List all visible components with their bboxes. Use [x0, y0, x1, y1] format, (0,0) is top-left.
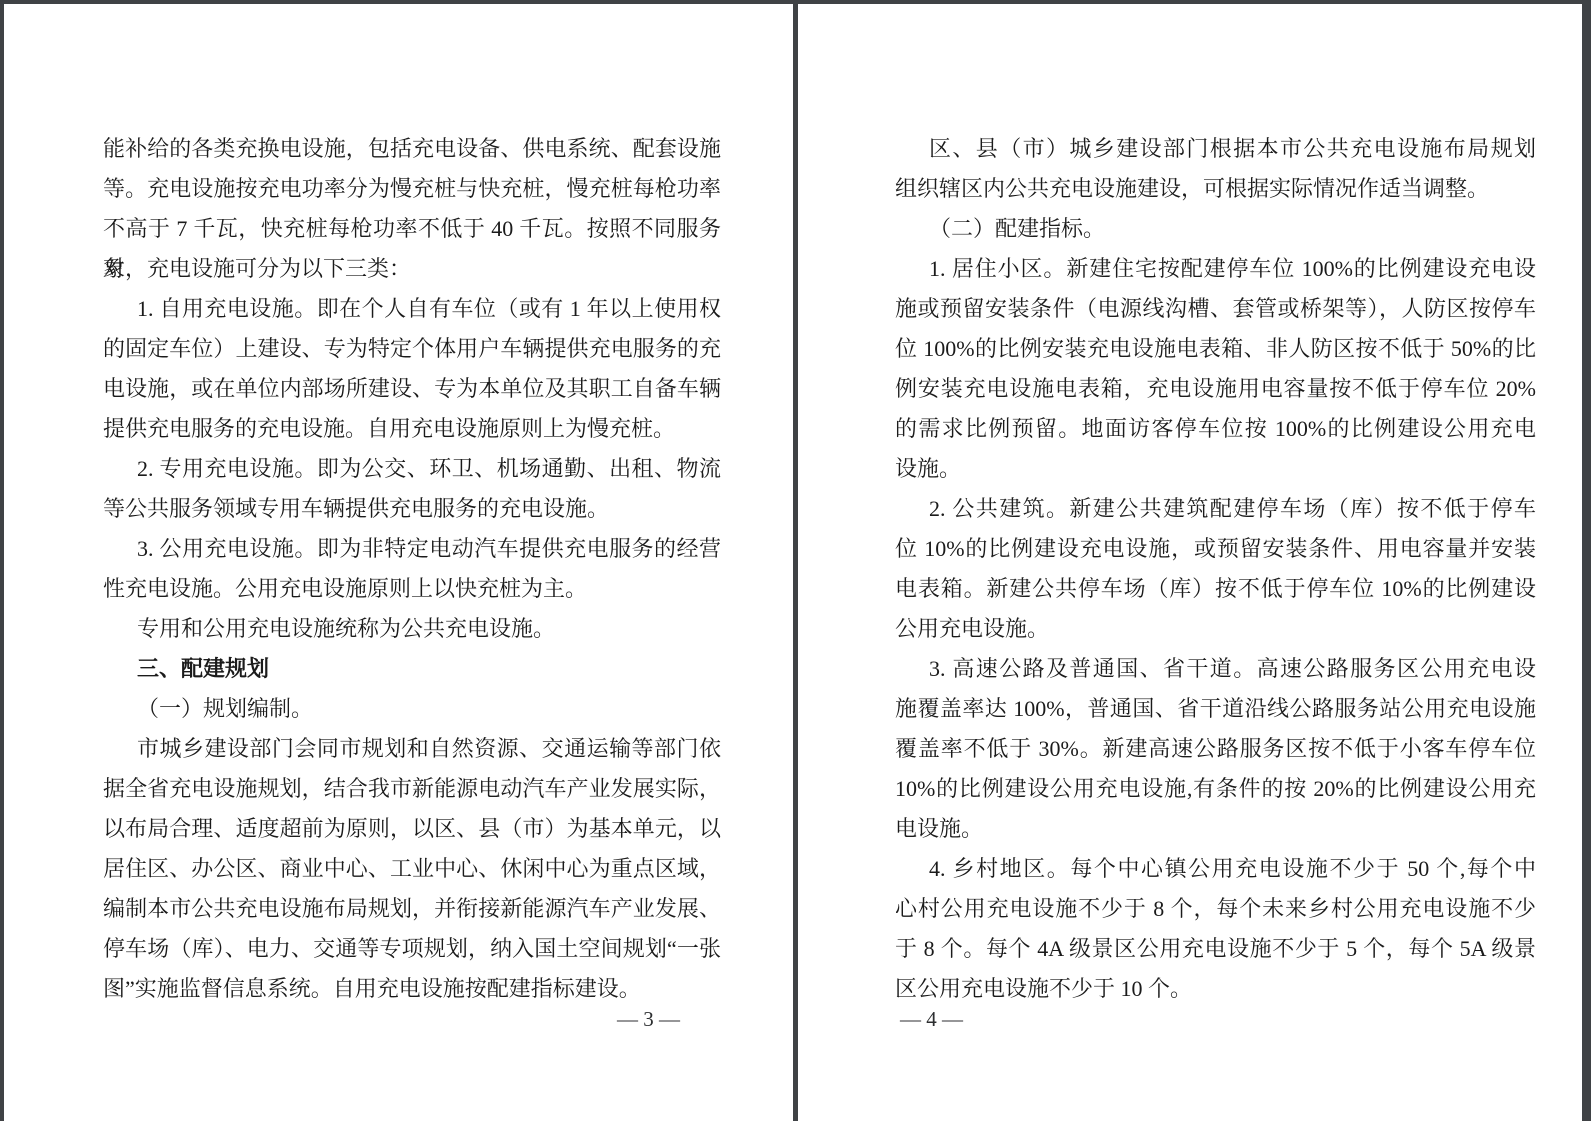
page-4: 区、县（市）城乡建设部门根据本市公共充电设施布局规划组织辖区内公共充电设施建设，…: [798, 4, 1582, 1121]
text-line: 3. 公用充电设施。即为非特定电动汽车提供充电服务的经营: [103, 529, 721, 569]
page-3: 能补给的各类充换电设施，包括充电设备、供电系统、配套设施等。充电设施按充电功率分…: [4, 4, 793, 1121]
text-line: 据全省充电设施规划，结合我市新能源电动汽车产业发展实际，: [103, 769, 721, 809]
text-line: 电表箱。新建公共停车场（库）按不低于停车位 10%的比例建设: [895, 569, 1536, 609]
text-line: 能补给的各类充换电设施，包括充电设备、供电系统、配套设施: [103, 129, 721, 169]
text-line: 心村公用充电设施不少于 8 个，每个未来乡村公用充电设施不少: [895, 889, 1536, 929]
text-line: 的需求比例预留。地面访客停车位按 100%的比例建设公用充电: [895, 409, 1536, 449]
text-line: 1. 居住小区。新建住宅按配建停车位 100%的比例建设充电设: [895, 249, 1536, 289]
text-line: 区、县（市）城乡建设部门根据本市公共充电设施布局规划: [895, 129, 1536, 169]
text-line: 位 10%的比例建设充电设施，或预留安装条件、用电容量并安装: [895, 529, 1536, 569]
scan-border-right: [1582, 0, 1591, 1121]
text-line: （一）规划编制。: [103, 689, 721, 729]
text-line: 不高于 7 千瓦，快充桩每枪功率不低于 40 千瓦。按照不同服务对: [103, 209, 721, 249]
text-line: 例安装充电设施电表箱，充电设施用电容量按不低于停车位 20%: [895, 369, 1536, 409]
text-line: 性充电设施。公用充电设施原则上以快充桩为主。: [103, 569, 721, 609]
text-line: （二）配建指标。: [895, 209, 1536, 249]
text-line: 市城乡建设部门会同市规划和自然资源、交通运输等部门依: [103, 729, 721, 769]
text-line: 4. 乡村地区。每个中心镇公用充电设施不少于 50 个,每个中: [895, 849, 1536, 889]
text-line: 专用和公用充电设施统称为公共充电设施。: [103, 609, 721, 649]
page-3-text-column: 能补给的各类充换电设施，包括充电设备、供电系统、配套设施等。充电设施按充电功率分…: [103, 129, 721, 1009]
text-line: 编制本市公共充电设施布局规划，并衔接新能源汽车产业发展、: [103, 889, 721, 929]
text-line: 覆盖率不低于 30%。新建高速公路服务区按不低于小客车停车位: [895, 729, 1536, 769]
text-line: 施或预留安装条件（电源线沟槽、套管或桥架等），人防区按停车: [895, 289, 1536, 329]
text-line: 电设施，或在单位内部场所建设、专为本单位及其职工自备车辆: [103, 369, 721, 409]
text-line: 施覆盖率达 100%，普通国、省干道沿线公路服务站公用充电设施: [895, 689, 1536, 729]
text-line: 等。充电设施按充电功率分为慢充桩与快充桩，慢充桩每枪功率: [103, 169, 721, 209]
text-line: 2. 公共建筑。新建公共建筑配建停车场（库）按不低于停车: [895, 489, 1536, 529]
text-line: 设施。: [895, 449, 1536, 489]
scanned-document-spread: 能补给的各类充换电设施，包括充电设备、供电系统、配套设施等。充电设施按充电功率分…: [0, 0, 1591, 1121]
section-heading-line: 三、配建规划: [103, 649, 721, 689]
page-3-number: — 3 —: [103, 1004, 721, 1034]
text-line: 2. 专用充电设施。即为公交、环卫、机场通勤、出租、物流: [103, 449, 721, 489]
text-line: 图”实施监督信息系统。自用充电设施按配建指标建设。: [103, 969, 721, 1009]
text-line: 3. 高速公路及普通国、省干道。高速公路服务区公用充电设: [895, 649, 1536, 689]
text-line: 位 100%的比例安装充电设施电表箱、非人防区按不低于 50%的比: [895, 329, 1536, 369]
text-line: 电设施。: [895, 809, 1536, 849]
text-line: 提供充电服务的充电设施。自用充电设施原则上为慢充桩。: [103, 409, 721, 449]
text-line: 公用充电设施。: [895, 609, 1536, 649]
text-line: 等公共服务领域专用车辆提供充电服务的充电设施。: [103, 489, 721, 529]
text-line: 1. 自用充电设施。即在个人自有车位（或有 1 年以上使用权: [103, 289, 721, 329]
text-line: 10%的比例建设公用充电设施,有条件的按 20%的比例建设公用充: [895, 769, 1536, 809]
text-line: 居住区、办公区、商业中心、工业中心、休闲中心为重点区域，: [103, 849, 721, 889]
text-line: 象，充电设施可分为以下三类：: [103, 249, 721, 289]
text-line: 区公用充电设施不少于 10 个。: [895, 969, 1536, 1009]
text-line: 停车场（库）、电力、交通等专项规划，纳入国土空间规划“一张: [103, 929, 721, 969]
text-line: 的固定车位）上建设、专为特定个体用户车辆提供充电服务的充: [103, 329, 721, 369]
page-4-number: — 4 —: [900, 1004, 1541, 1034]
text-line: 组织辖区内公共充电设施建设，可根据实际情况作适当调整。: [895, 169, 1536, 209]
text-line: 以布局合理、适度超前为原则，以区、县（市）为基本单元，以: [103, 809, 721, 849]
text-line: 于 8 个。每个 4A 级景区公用充电设施不少于 5 个，每个 5A 级景: [895, 929, 1536, 969]
page-4-text-column: 区、县（市）城乡建设部门根据本市公共充电设施布局规划组织辖区内公共充电设施建设，…: [895, 129, 1536, 1009]
